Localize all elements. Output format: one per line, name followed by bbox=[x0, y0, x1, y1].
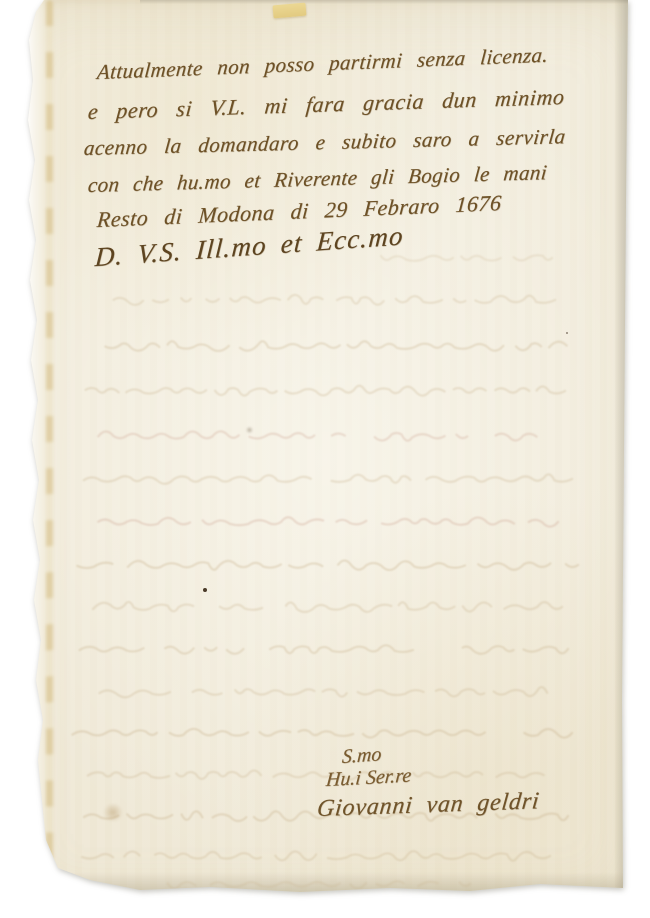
bleedthrough-line bbox=[80, 645, 568, 654]
bleedthrough-line bbox=[168, 881, 470, 888]
bleedthrough-line bbox=[90, 687, 547, 697]
signature-abbrev-1: S.mo bbox=[341, 743, 382, 769]
bleedthrough-line bbox=[86, 386, 565, 396]
bleedthrough-line bbox=[98, 431, 536, 440]
paper-shadow-wrap: Attualmente non posso partirmi senza lic… bbox=[0, 0, 650, 918]
bleedthrough-line bbox=[88, 770, 544, 779]
letter-scan: Attualmente non posso partirmi senza lic… bbox=[0, 0, 650, 918]
ink-speck bbox=[203, 588, 207, 592]
signature-abbrev-2: Hu.i Ser.re bbox=[325, 764, 412, 792]
paper-sheet: Attualmente non posso partirmi senza lic… bbox=[0, 0, 650, 918]
paper-stain bbox=[246, 427, 253, 433]
bleedthrough-line bbox=[73, 729, 573, 738]
bleedthrough-line bbox=[77, 560, 578, 570]
bleedthrough-line bbox=[93, 602, 562, 612]
bleedthrough-line bbox=[84, 474, 572, 483]
paper-stain bbox=[102, 804, 124, 821]
bleedthrough-line bbox=[100, 295, 555, 305]
bleedthrough-line bbox=[82, 851, 550, 861]
bleedthrough-line bbox=[106, 341, 567, 351]
bleedthrough-line bbox=[381, 255, 552, 261]
ink-speck bbox=[566, 332, 568, 334]
bleedthrough-line bbox=[89, 517, 558, 526]
